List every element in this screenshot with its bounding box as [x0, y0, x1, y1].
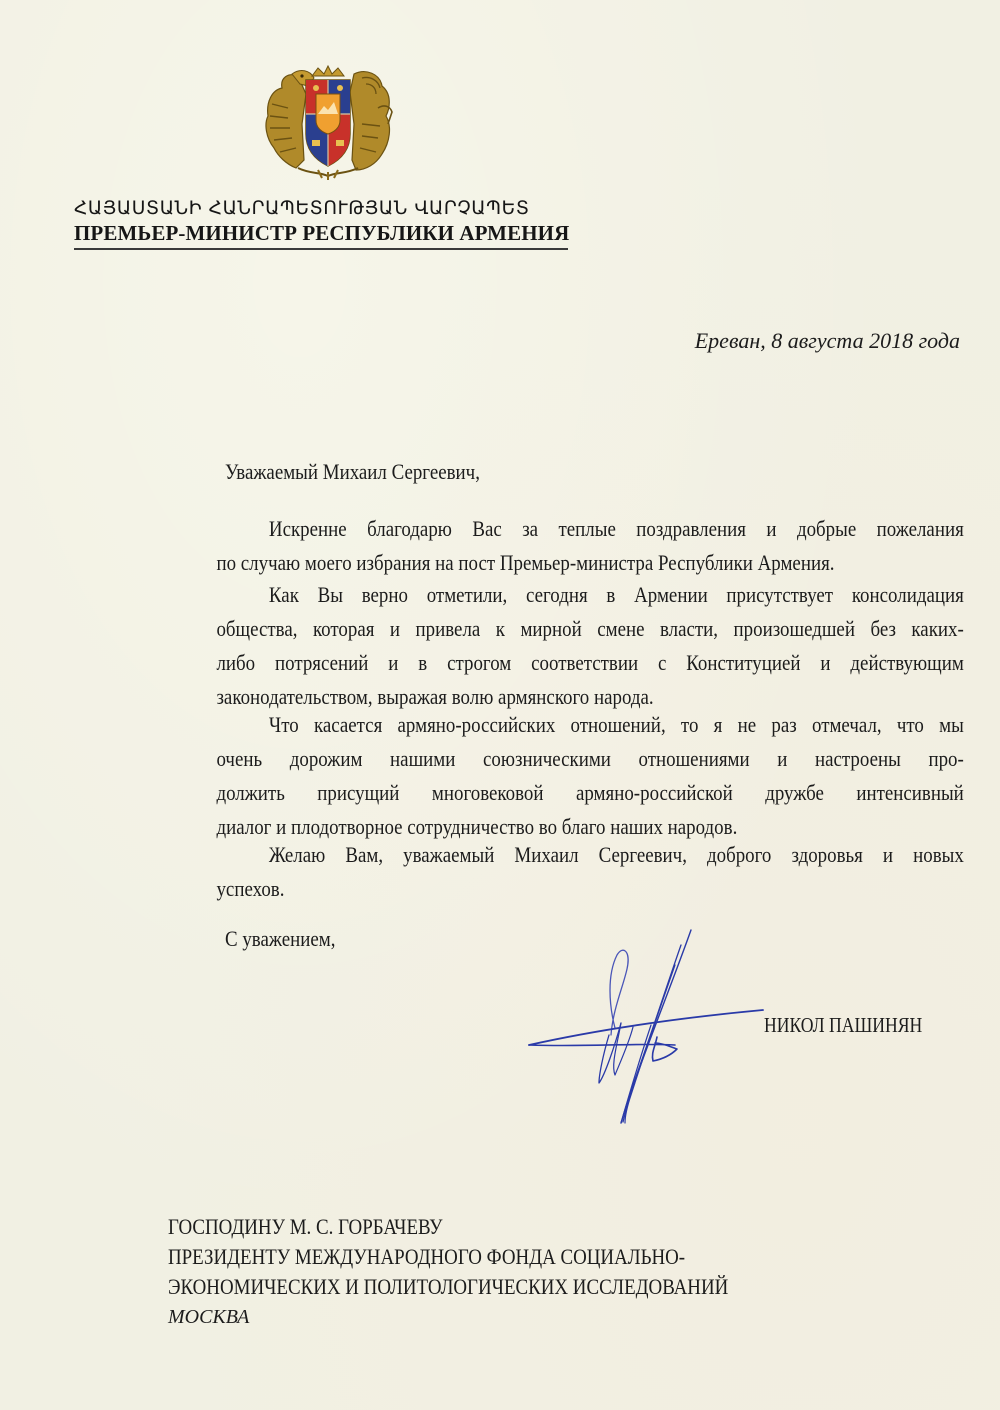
date-line: Ереван, 8 августа 2018 года	[695, 328, 960, 354]
paragraph-1: Искренне благодарю Вас за теплые поздрав…	[164, 512, 964, 580]
body-line: Что касается армяно-российских отношений…	[164, 708, 964, 742]
letterhead-russian-title: ПРЕМЬЕР-МИНИСТР РЕСПУБЛИКИ АРМЕНИЯ	[74, 220, 568, 246]
body-line: Желаю Вам, уважаемый Михаил Сергеевич, д…	[164, 838, 964, 872]
letterhead-armenian-title: ՀԱՅԱՍՏԱՆԻ ՀԱՆՐԱՊԵՏՈՒԹՅԱՆ ՎԱՐՉԱՊԵՏ	[74, 196, 558, 220]
body-line: очень дорожим нашими союзническими отнош…	[164, 742, 964, 776]
paragraph-3: Что касается армяно-российских отношений…	[164, 708, 964, 844]
signer-name: НИКОЛ ПАШИНЯН	[764, 1013, 922, 1038]
body-line: должить присущий многовековой армяно-рос…	[164, 776, 964, 810]
letter-page: ՀԱՅԱՍՏԱՆԻ ՀԱՆՐԱՊԵՏՈՒԹՅԱՆ ՎԱՐՉԱՊԵՏ ПРЕМЬЕ…	[0, 0, 1000, 1410]
letterhead-divider	[74, 248, 568, 250]
addressee-line-2: ПРЕЗИДЕНТУ МЕЖДУНАРОДНОГО ФОНДА СОЦИАЛЬН…	[168, 1242, 728, 1272]
addressee-block: ГОСПОДИНУ М. С. ГОРБАЧЕВУ ПРЕЗИДЕНТУ МЕЖ…	[168, 1212, 820, 1332]
body-line: по случаю моего избрания на пост Премьер…	[164, 546, 964, 580]
coat-of-arms-icon	[258, 64, 398, 180]
paragraph-2: Как Вы верно отметили, сегодня в Армении…	[164, 578, 964, 714]
closing: С уважением,	[225, 926, 335, 952]
signature-icon	[525, 925, 765, 1130]
addressee-line-3: ЭКОНОМИЧЕСКИХ И ПОЛИТОЛОГИЧЕСКИХ ИССЛЕДО…	[168, 1272, 728, 1302]
body-line: успехов.	[164, 872, 964, 906]
salutation: Уважаемый Михаил Сергеевич,	[225, 459, 480, 485]
body-line: общества, которая и привела к мирной сме…	[164, 612, 964, 646]
letterhead: ՀԱՅԱՍՏԱՆԻ ՀԱՆՐԱՊԵՏՈՒԹՅԱՆ ՎԱՐՉԱՊԵՏ ПРЕМЬЕ…	[74, 196, 568, 250]
body-line: либо потрясений и в строгом соответствии…	[164, 646, 964, 680]
addressee-city: МОСКВА	[168, 1302, 820, 1332]
paragraph-4: Желаю Вам, уважаемый Михаил Сергеевич, д…	[164, 838, 964, 906]
body-line: Как Вы верно отметили, сегодня в Армении…	[164, 578, 964, 612]
body-line: Искренне благодарю Вас за теплые поздрав…	[164, 512, 964, 546]
addressee-line-1: ГОСПОДИНУ М. С. ГОРБАЧЕВУ	[168, 1212, 728, 1242]
